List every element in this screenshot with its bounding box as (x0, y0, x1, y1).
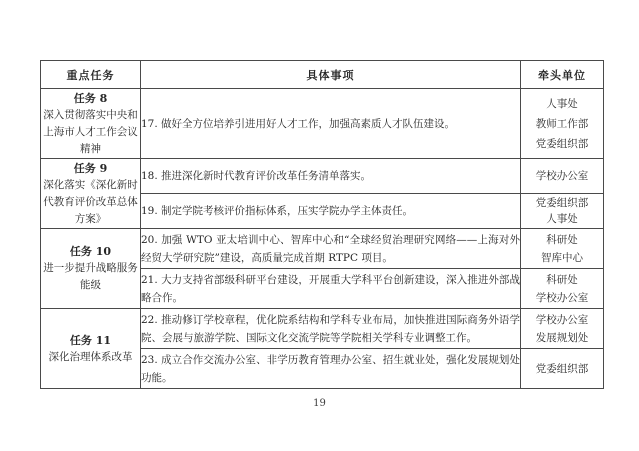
document-page: 重点任务 具体事项 牵头单位 任务 8 深入贯彻落实中央和上海市人才工作会议精神… (0, 0, 639, 451)
table-row-item17: 任务 8 深入贯彻落实中央和上海市人才工作会议精神 17. 做好全方位培养引进用… (41, 89, 604, 159)
item18-units: 学校办公室 (521, 159, 604, 194)
table-header-row: 重点任务 具体事项 牵头单位 (41, 61, 604, 89)
key-tasks-table: 重点任务 具体事项 牵头单位 任务 8 深入贯彻落实中央和上海市人才工作会议精神… (40, 60, 604, 389)
unit-line: 科研处 (521, 231, 603, 249)
item20-text: 20. 加强 WTO 亚太培训中心、智库中心和“全球经贸治理研究网络——上海对外… (141, 229, 521, 269)
table-row-item20: 任务 10 进一步提升战略服务能级 20. 加强 WTO 亚太培训中心、智库中心… (41, 229, 604, 269)
item22-units: 学校办公室 发展规划处 (521, 309, 604, 349)
page-number: 19 (0, 398, 639, 409)
task9-cell: 任务 9 深化落实《深化新时代教育评价改革总体方案》 (41, 159, 141, 229)
task8-label: 任务 8 (41, 90, 140, 107)
task8-cell: 任务 8 深入贯彻落实中央和上海市人才工作会议精神 (41, 89, 141, 159)
item23-text: 23. 成立合作交流办公室、非学历教育管理办公室、招生就业处，强化发展规划处功能… (141, 349, 521, 389)
unit-line: 智库中心 (521, 249, 603, 267)
unit-line: 党委组织部 (521, 134, 603, 154)
unit-line: 人事处 (521, 211, 603, 227)
task8-desc: 深入贯彻落实中央和上海市人才工作会议精神 (41, 107, 140, 158)
task9-label: 任务 9 (41, 160, 140, 177)
unit-line: 教师工作部 (521, 114, 603, 134)
item17-units: 人事处 教师工作部 党委组织部 (521, 89, 604, 159)
item18-text: 18. 推进深化新时代教育评价改革任务清单落实。 (141, 159, 521, 194)
task10-label: 任务 10 (41, 243, 140, 260)
item21-units: 科研处 学校办公室 (521, 269, 604, 309)
unit-line: 学校办公室 (521, 289, 603, 307)
item20-units: 科研处 智库中心 (521, 229, 604, 269)
table-row-item22: 任务 11 深化治理体系改革 22. 推动修订学校章程，优化院系结构和学科专业布… (41, 309, 604, 349)
unit-line: 发展规划处 (521, 329, 603, 347)
task10-cell: 任务 10 进一步提升战略服务能级 (41, 229, 141, 309)
item19-units: 党委组织部 人事处 (521, 194, 604, 229)
task11-desc: 深化治理体系改革 (41, 349, 140, 366)
item17-text: 17. 做好全方位培养引进用好人才工作，加强高素质人才队伍建设。 (141, 89, 521, 159)
table-row-item18: 任务 9 深化落实《深化新时代教育评价改革总体方案》 18. 推进深化新时代教育… (41, 159, 604, 194)
unit-line: 科研处 (521, 271, 603, 289)
unit-line: 人事处 (521, 94, 603, 114)
item22-text: 22. 推动修订学校章程，优化院系结构和学科专业布局，加快推进国际商务外语学院、… (141, 309, 521, 349)
task10-desc: 进一步提升战略服务能级 (41, 260, 140, 294)
col-header-key-tasks: 重点任务 (41, 61, 141, 89)
item23-units: 党委组织部 (521, 349, 604, 389)
unit-line: 学校办公室 (521, 311, 603, 329)
unit-line: 党委组织部 (521, 361, 603, 377)
task11-label: 任务 11 (41, 332, 140, 349)
col-header-specific-items: 具体事项 (141, 61, 521, 89)
unit-line: 党委组织部 (521, 195, 603, 211)
unit-line: 学校办公室 (521, 168, 603, 184)
item19-text: 19. 制定学院考核评价指标体系，压实学院办学主体责任。 (141, 194, 521, 229)
item21-text: 21. 大力支持省部级科研平台建设，开展重大学科平台创新建设，深入推进外部战略合… (141, 269, 521, 309)
col-header-lead-units: 牵头单位 (521, 61, 604, 89)
task9-desc: 深化落实《深化新时代教育评价改革总体方案》 (41, 177, 140, 228)
task11-cell: 任务 11 深化治理体系改革 (41, 309, 141, 389)
